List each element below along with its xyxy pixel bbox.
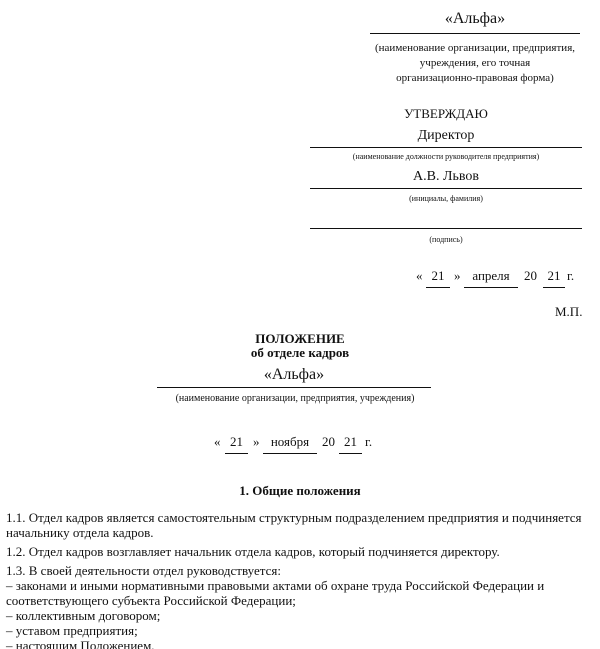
date-day-underline bbox=[426, 287, 450, 288]
date-year-underline bbox=[339, 453, 362, 454]
list-item: – настоящим Положением. bbox=[6, 638, 590, 649]
name-underline bbox=[310, 188, 582, 189]
position-underline bbox=[310, 147, 582, 148]
paragraph: 1.3. В своей деятельности отдел руководс… bbox=[6, 563, 590, 578]
document-org-underline bbox=[157, 387, 431, 388]
approval-title: УТВЕРЖДАЮ bbox=[310, 106, 582, 122]
list-item: – законами и иными нормативными правовым… bbox=[6, 578, 590, 608]
position-caption: (наименование должности руководителя пре… bbox=[310, 152, 582, 161]
date-day-underline bbox=[225, 453, 248, 454]
date-open-quote: « bbox=[416, 268, 423, 284]
header-org-caption: (наименование организации, предприятия, … bbox=[360, 41, 590, 86]
date-suffix: г. bbox=[567, 268, 574, 284]
list-item: – уставом предприятия; bbox=[6, 623, 590, 638]
date-century: 20 bbox=[524, 268, 537, 284]
document-subtitle: об отделе кадров bbox=[150, 345, 450, 361]
date-year: 21 bbox=[339, 434, 362, 450]
approval-position: Директор bbox=[310, 128, 582, 144]
date-month-underline bbox=[464, 287, 518, 288]
date-month: апреля bbox=[464, 268, 518, 284]
approval-date: « 21 » апреля 20 21 г. bbox=[0, 268, 600, 290]
list-item: – коллективным договором; bbox=[6, 608, 590, 623]
paragraph: 1.2. Отдел кадров возглавляет начальник … bbox=[6, 544, 590, 559]
date-year-underline bbox=[543, 287, 565, 288]
section-body: 1.1. Отдел кадров является самостоятельн… bbox=[6, 510, 590, 649]
date-suffix: г. bbox=[365, 434, 372, 450]
date-close-quote: » bbox=[454, 268, 461, 284]
signature-underline bbox=[310, 228, 582, 229]
caption-line: учреждения, его точная bbox=[360, 56, 590, 71]
seal-label: М.П. bbox=[555, 304, 582, 320]
date-close-quote: » bbox=[253, 434, 260, 450]
section-heading: 1. Общие положения bbox=[150, 483, 450, 499]
date-open-quote: « bbox=[214, 434, 221, 450]
approval-name: А.В. Львов bbox=[310, 169, 582, 185]
paragraph: 1.1. Отдел кадров является самостоятельн… bbox=[6, 510, 590, 540]
header-org-name: «Альфа» bbox=[370, 10, 580, 28]
document-org-name: «Альфа» bbox=[157, 366, 431, 384]
signature-caption: (подпись) bbox=[310, 235, 582, 244]
date-century: 20 bbox=[322, 434, 335, 450]
caption-line: (наименование организации, предприятия, bbox=[360, 41, 590, 56]
date-day: 21 bbox=[225, 434, 248, 450]
date-day: 21 bbox=[426, 268, 450, 284]
document-date: « 21 » ноября 20 21 г. bbox=[0, 434, 600, 456]
caption-line: организационно-правовая форма) bbox=[360, 71, 590, 86]
date-month-underline bbox=[263, 453, 317, 454]
document-org-caption: (наименование организации, предприятия, … bbox=[150, 393, 440, 404]
date-year: 21 bbox=[543, 268, 565, 284]
header-org-underline bbox=[370, 33, 580, 34]
name-caption: (инициалы, фамилия) bbox=[310, 194, 582, 203]
date-month: ноября bbox=[263, 434, 317, 450]
